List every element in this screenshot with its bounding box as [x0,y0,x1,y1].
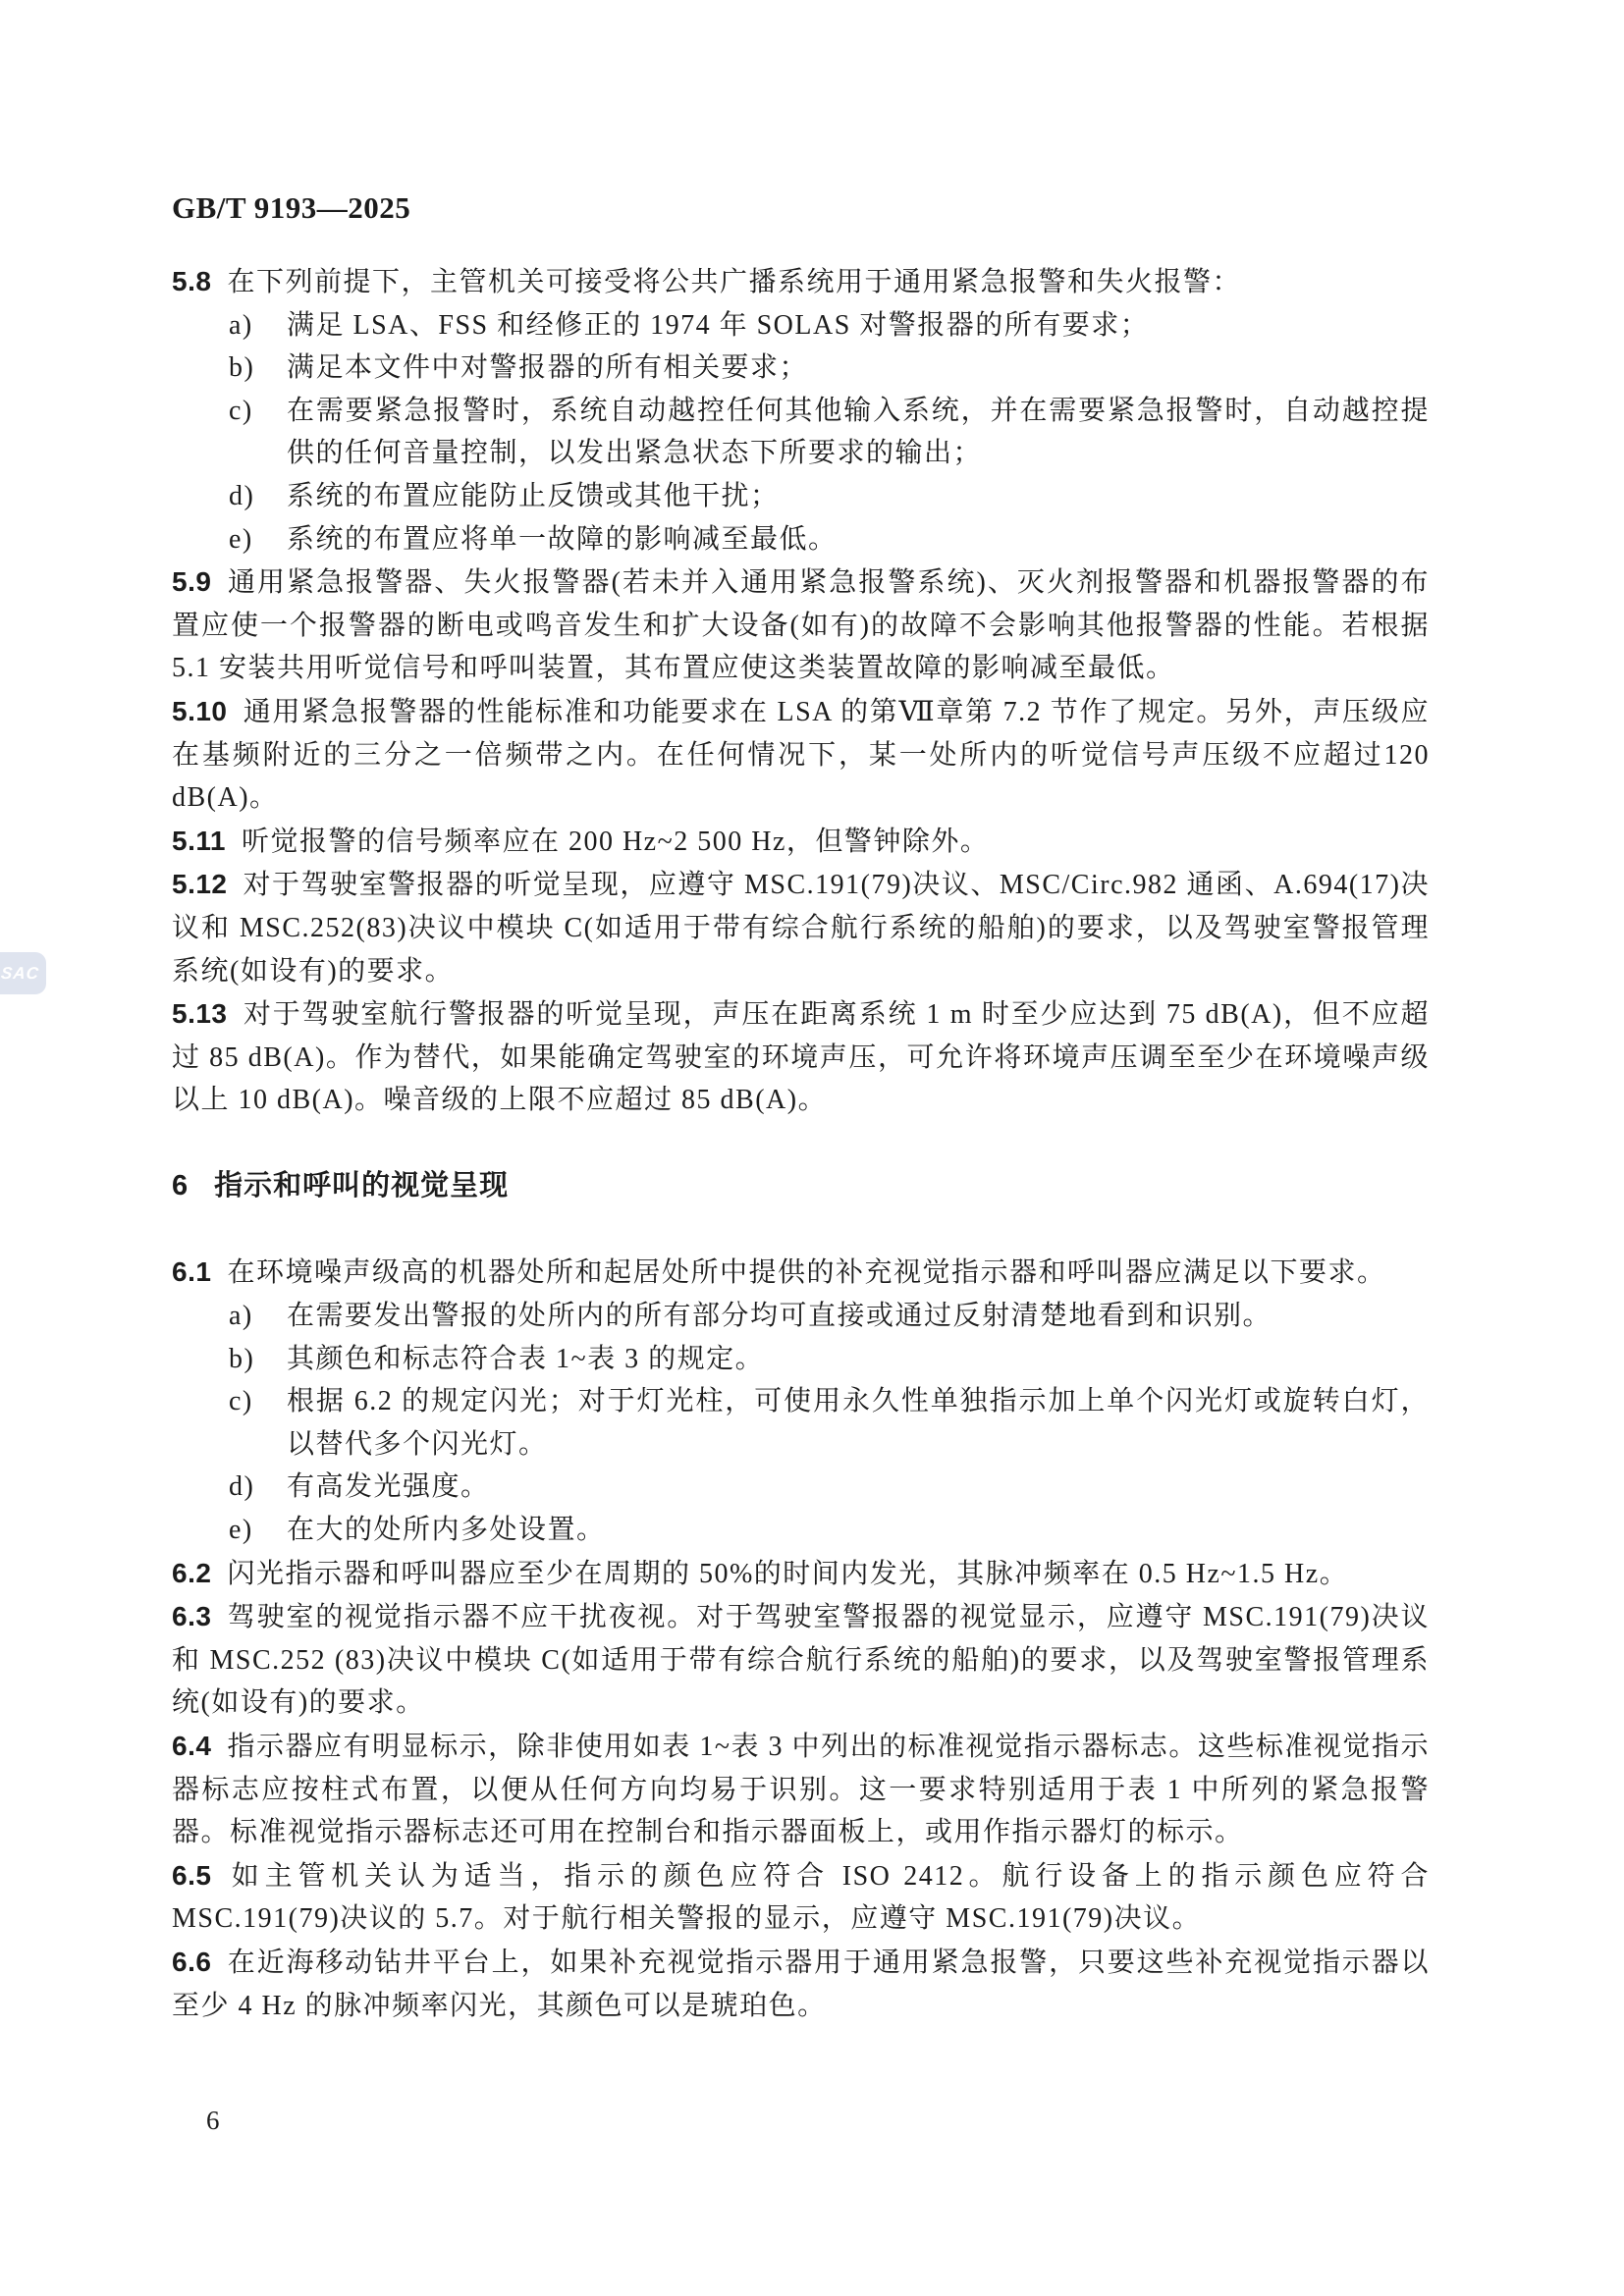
list-item-text: 根据 6.2 的规定闪光；对于灯光柱，可使用永久性单独指示加上单个闪光灯或旋转白… [287,1386,1430,1460]
clause-number: 6.1 [172,1256,211,1287]
clause-text: 在环境噪声级高的机器处所和起居处所中提供的补充视觉指示器和呼叫器应满足以下要求。 [227,1257,1385,1288]
clause-5-8: 5.8在下列前提下，主管机关可接受将公共广播系统用于通用紧急报警和失火报警： [172,260,1430,304]
list-item-text: 在需要发出警报的处所内的所有部分均可直接或通过反射清楚地看到和识别。 [287,1301,1272,1331]
page-number: 6 [206,2106,220,2136]
clause-6-1: 6.1在环境噪声级高的机器处所和起居处所中提供的补充视觉指示器和呼叫器应满足以下… [172,1251,1430,1295]
clause-6-5: 6.5如主管机关认为适当，指示的颜色应符合 ISO 2412。航行设备上的指示颜… [172,1854,1430,1941]
clause-text: 对于驾驶室航行警报器的听觉呈现，声压在距离系统 1 m 时至少应达到 75 dB… [172,999,1430,1115]
list-item-label: e) [229,518,253,561]
list-item-text: 系统的布置应将单一故障的影响减至最低。 [287,524,838,555]
sac-logo-badge: SAC [0,952,46,994]
list-item-6-1-b: b)其颜色和标志符合表 1~表 3 的规定。 [172,1338,1430,1381]
list-item-text: 有高发光强度。 [287,1471,490,1502]
list-item-5-8-e: e)系统的布置应将单一故障的影响减至最低。 [172,518,1430,561]
clause-text: 如主管机关认为适当，指示的颜色应符合 ISO 2412。航行设备上的指示颜色应符… [172,1861,1430,1935]
list-item-text: 在需要紧急报警时，系统自动越控任何其他输入系统，并在需要紧急报警时，自动越控提供… [287,396,1430,469]
clause-text: 通用紧急报警器、失火报警器(若未并入通用紧急报警系统)、灭火剂报警器和机器报警器… [172,567,1430,683]
section-heading-6: 6指示和呼叫的视觉呈现 [172,1165,1430,1208]
list-item-label: a) [229,304,253,347]
section-title: 指示和呼叫的视觉呈现 [214,1170,509,1201]
clause-6-2: 6.2闪光指示器和呼叫器应至少在周期的 50%的时间内发光，其脉冲频率在 0.5… [172,1552,1430,1596]
list-item-label: c) [229,1380,253,1423]
list-item-label: a) [229,1295,253,1338]
clause-text: 对于驾驶室警报器的听觉呈现，应遵守 MSC.191(79)决议、MSC/Circ… [172,870,1430,986]
clause-number: 5.9 [172,566,211,597]
list-item-text: 满足 LSA、FSS 和经修正的 1974 年 SOLAS 对警报器的所有要求； [287,310,1149,341]
clause-5-9: 5.9通用紧急报警器、失火报警器(若未并入通用紧急报警系统)、灭火剂报警器和机器… [172,561,1430,690]
clause-6-4: 6.4指示器应有明显标示，除非使用如表 1~表 3 中列出的标准视觉指示器标志。… [172,1725,1430,1854]
clause-number: 5.12 [172,869,228,899]
clause-number: 6.3 [172,1601,211,1631]
clause-text: 驾驶室的视觉指示器不应干扰夜视。对于驾驶室警报器的视觉显示，应遵守 MSC.19… [172,1602,1430,1718]
clause-text: 闪光指示器和呼叫器应至少在周期的 50%的时间内发光，其脉冲频率在 0.5 Hz… [227,1559,1348,1589]
list-item-text: 系统的布置应能防止反馈或其他干扰； [287,481,780,511]
list-item-text: 其颜色和标志符合表 1~表 3 的规定。 [287,1344,764,1374]
list-item-label: d) [229,1466,254,1509]
clause-text: 通用紧急报警器的性能标准和功能要求在 LSA 的第Ⅶ章第 7.2 节作了规定。另… [172,697,1430,813]
standard-number-header: GB/T 9193—2025 [172,190,410,226]
clause-5-10: 5.10通用紧急报警器的性能标准和功能要求在 LSA 的第Ⅶ章第 7.2 节作了… [172,690,1430,820]
clause-6-6: 6.6在近海移动钻井平台上，如果补充视觉指示器用于通用紧急报警，只要这些补充视觉… [172,1941,1430,2027]
clause-number: 6.6 [172,1947,211,1977]
list-item-label: b) [229,1338,254,1381]
section-number: 6 [172,1170,189,1201]
clause-text: 听觉报警的信号频率应在 200 Hz~2 500 Hz，但警钟除外。 [242,827,989,857]
clause-5-11: 5.11听觉报警的信号频率应在 200 Hz~2 500 Hz，但警钟除外。 [172,820,1430,864]
list-item-5-8-a: a)满足 LSA、FSS 和经修正的 1974 年 SOLAS 对警报器的所有要… [172,304,1430,347]
list-item-label: c) [229,390,253,433]
list-item-label: d) [229,475,254,518]
list-item-5-8-d: d)系统的布置应能防止反馈或其他干扰； [172,475,1430,518]
clause-6-3: 6.3驾驶室的视觉指示器不应干扰夜视。对于驾驶室警报器的视觉显示，应遵守 MSC… [172,1595,1430,1725]
clause-5-12: 5.12对于驾驶室警报器的听觉呈现，应遵守 MSC.191(79)决议、MSC/… [172,863,1430,992]
list-item-5-8-c: c)在需要紧急报警时，系统自动越控任何其他输入系统，并在需要紧急报警时，自动越控… [172,390,1430,475]
document-page: GB/T 9193—2025 SAC 5.8在下列前提下，主管机关可接受将公共广… [0,0,1624,2296]
list-item-label: b) [229,347,254,390]
clause-number: 6.2 [172,1558,211,1588]
sac-logo-icon: SAC [0,964,40,984]
clause-5-13: 5.13对于驾驶室航行警报器的听觉呈现，声压在距离系统 1 m 时至少应达到 7… [172,992,1430,1122]
list-item-6-1-a: a)在需要发出警报的处所内的所有部分均可直接或通过反射清楚地看到和识别。 [172,1295,1430,1338]
list-item-6-1-e: e)在大的处所内多处设置。 [172,1509,1430,1552]
list-item-6-1-c: c)根据 6.2 的规定闪光；对于灯光柱，可使用永久性单独指示加上单个闪光灯或旋… [172,1380,1430,1466]
clause-number: 6.5 [172,1860,211,1891]
list-item-5-8-b: b)满足本文件中对警报器的所有相关要求； [172,347,1430,390]
list-item-label: e) [229,1509,253,1552]
list-item-text: 满足本文件中对警报器的所有相关要求； [287,352,808,383]
clause-text: 在下列前提下，主管机关可接受将公共广播系统用于通用紧急报警和失火报警： [227,267,1241,297]
list-item-6-1-d: d)有高发光强度。 [172,1466,1430,1509]
document-body: 5.8在下列前提下，主管机关可接受将公共广播系统用于通用紧急报警和失火报警： a… [172,260,1430,2027]
clause-number: 6.4 [172,1731,211,1761]
clause-number: 5.11 [172,826,226,856]
clause-text: 在近海移动钻井平台上，如果补充视觉指示器用于通用紧急报警，只要这些补充视觉指示器… [172,1948,1430,2021]
clause-number: 5.10 [172,696,228,726]
list-item-text: 在大的处所内多处设置。 [287,1515,606,1545]
clause-text: 指示器应有明显标示，除非使用如表 1~表 3 中列出的标准视觉指示器标志。这些标… [172,1732,1430,1847]
clause-number: 5.13 [172,998,228,1029]
clause-number: 5.8 [172,266,211,296]
